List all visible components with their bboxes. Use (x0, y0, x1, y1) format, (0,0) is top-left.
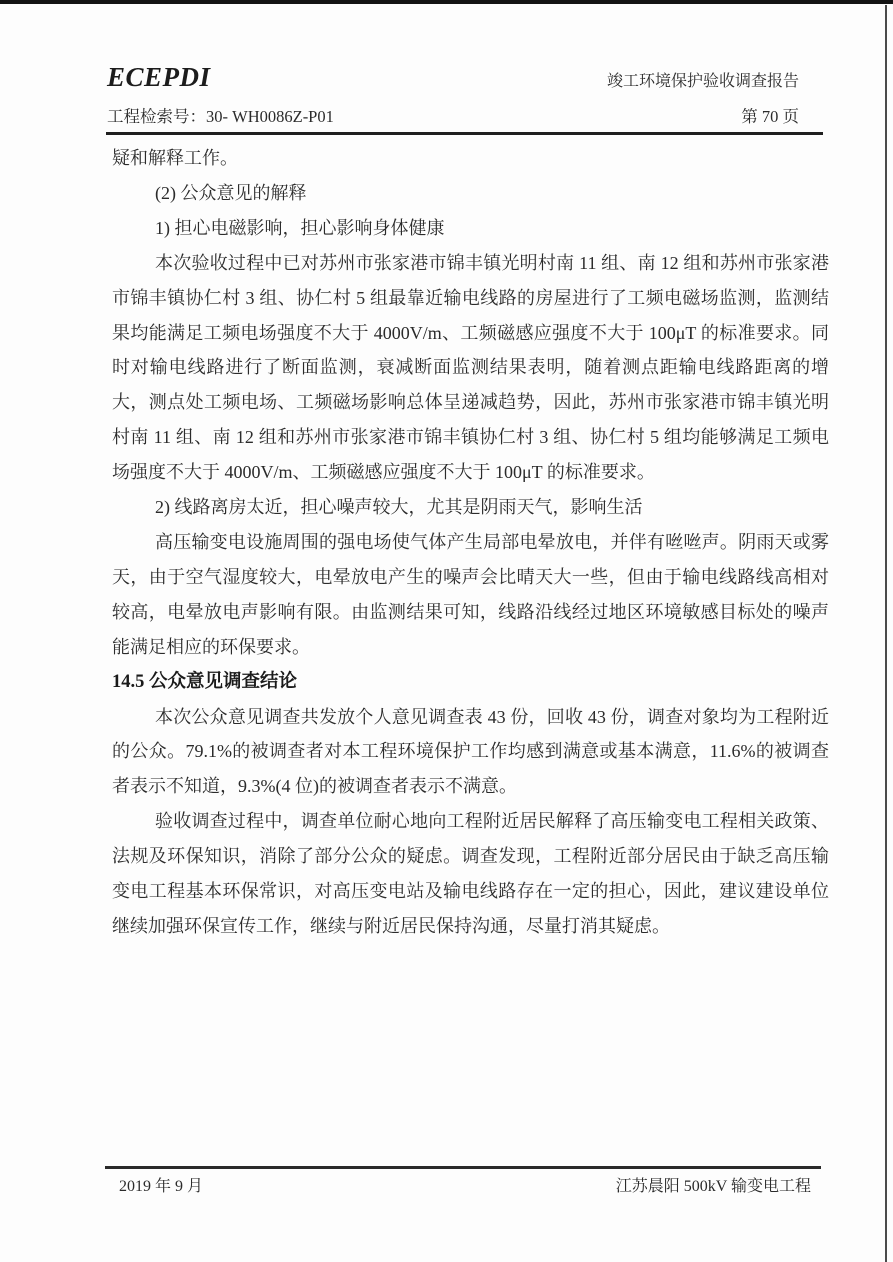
paragraph: 验收调查过程中，调查单位耐心地向工程附近居民解释了高压输变电工程相关政策、法规及… (112, 804, 829, 944)
doc-index-number: 工程检索号：30- WH0086Z-P01 (107, 107, 334, 127)
scan-top-edge (0, 0, 893, 4)
paragraph: 本次公众意见调查共发放个人意见调查表 43 份，回收 43 份，调查对象均为工程… (112, 700, 829, 805)
list-item: 2) 线路离房太近，担心噪声较大，尤其是阴雨天气，影响生活 (112, 490, 829, 525)
page-footer: 2019 年 9 月 江苏晨阳 500kV 输变电工程 (105, 1176, 821, 1198)
header-meta-row: 工程检索号：30- WH0086Z-P01 第 70 页 (107, 107, 823, 127)
list-item: (2) 公众意见的解释 (112, 176, 829, 211)
document-body: 疑和解释工作。 (2) 公众意见的解释 1) 担心电磁影响，担心影响身体健康 本… (112, 141, 829, 944)
report-title: 竣工环境保护验收调查报告 (607, 72, 823, 91)
paragraph: 高压输变电设施周围的强电场使气体产生局部电晕放电，并伴有咝咝声。阴雨天或雾天，由… (112, 525, 829, 665)
paragraph: 疑和解释工作。 (112, 141, 829, 176)
footer-date: 2019 年 9 月 (105, 1176, 203, 1198)
company-logo: ECEPDI (107, 64, 211, 91)
header-divider (106, 132, 823, 135)
page-header: ECEPDI 竣工环境保护验收调查报告 (107, 64, 823, 91)
scan-right-edge (885, 5, 887, 1262)
footer-divider (105, 1166, 821, 1169)
paragraph: 本次验收过程中已对苏州市张家港市锦丰镇光明村南 11 组、南 12 组和苏州市张… (112, 246, 829, 490)
list-item: 1) 担心电磁影响，担心影响身体健康 (112, 211, 829, 246)
document-page: ECEPDI 竣工环境保护验收调查报告 工程检索号：30- WH0086Z-P0… (0, 0, 893, 1262)
footer-project-name: 江苏晨阳 500kV 输变电工程 (616, 1176, 821, 1198)
section-heading: 14.5 公众意见调查结论 (112, 665, 829, 700)
page-number: 第 70 页 (741, 107, 823, 127)
